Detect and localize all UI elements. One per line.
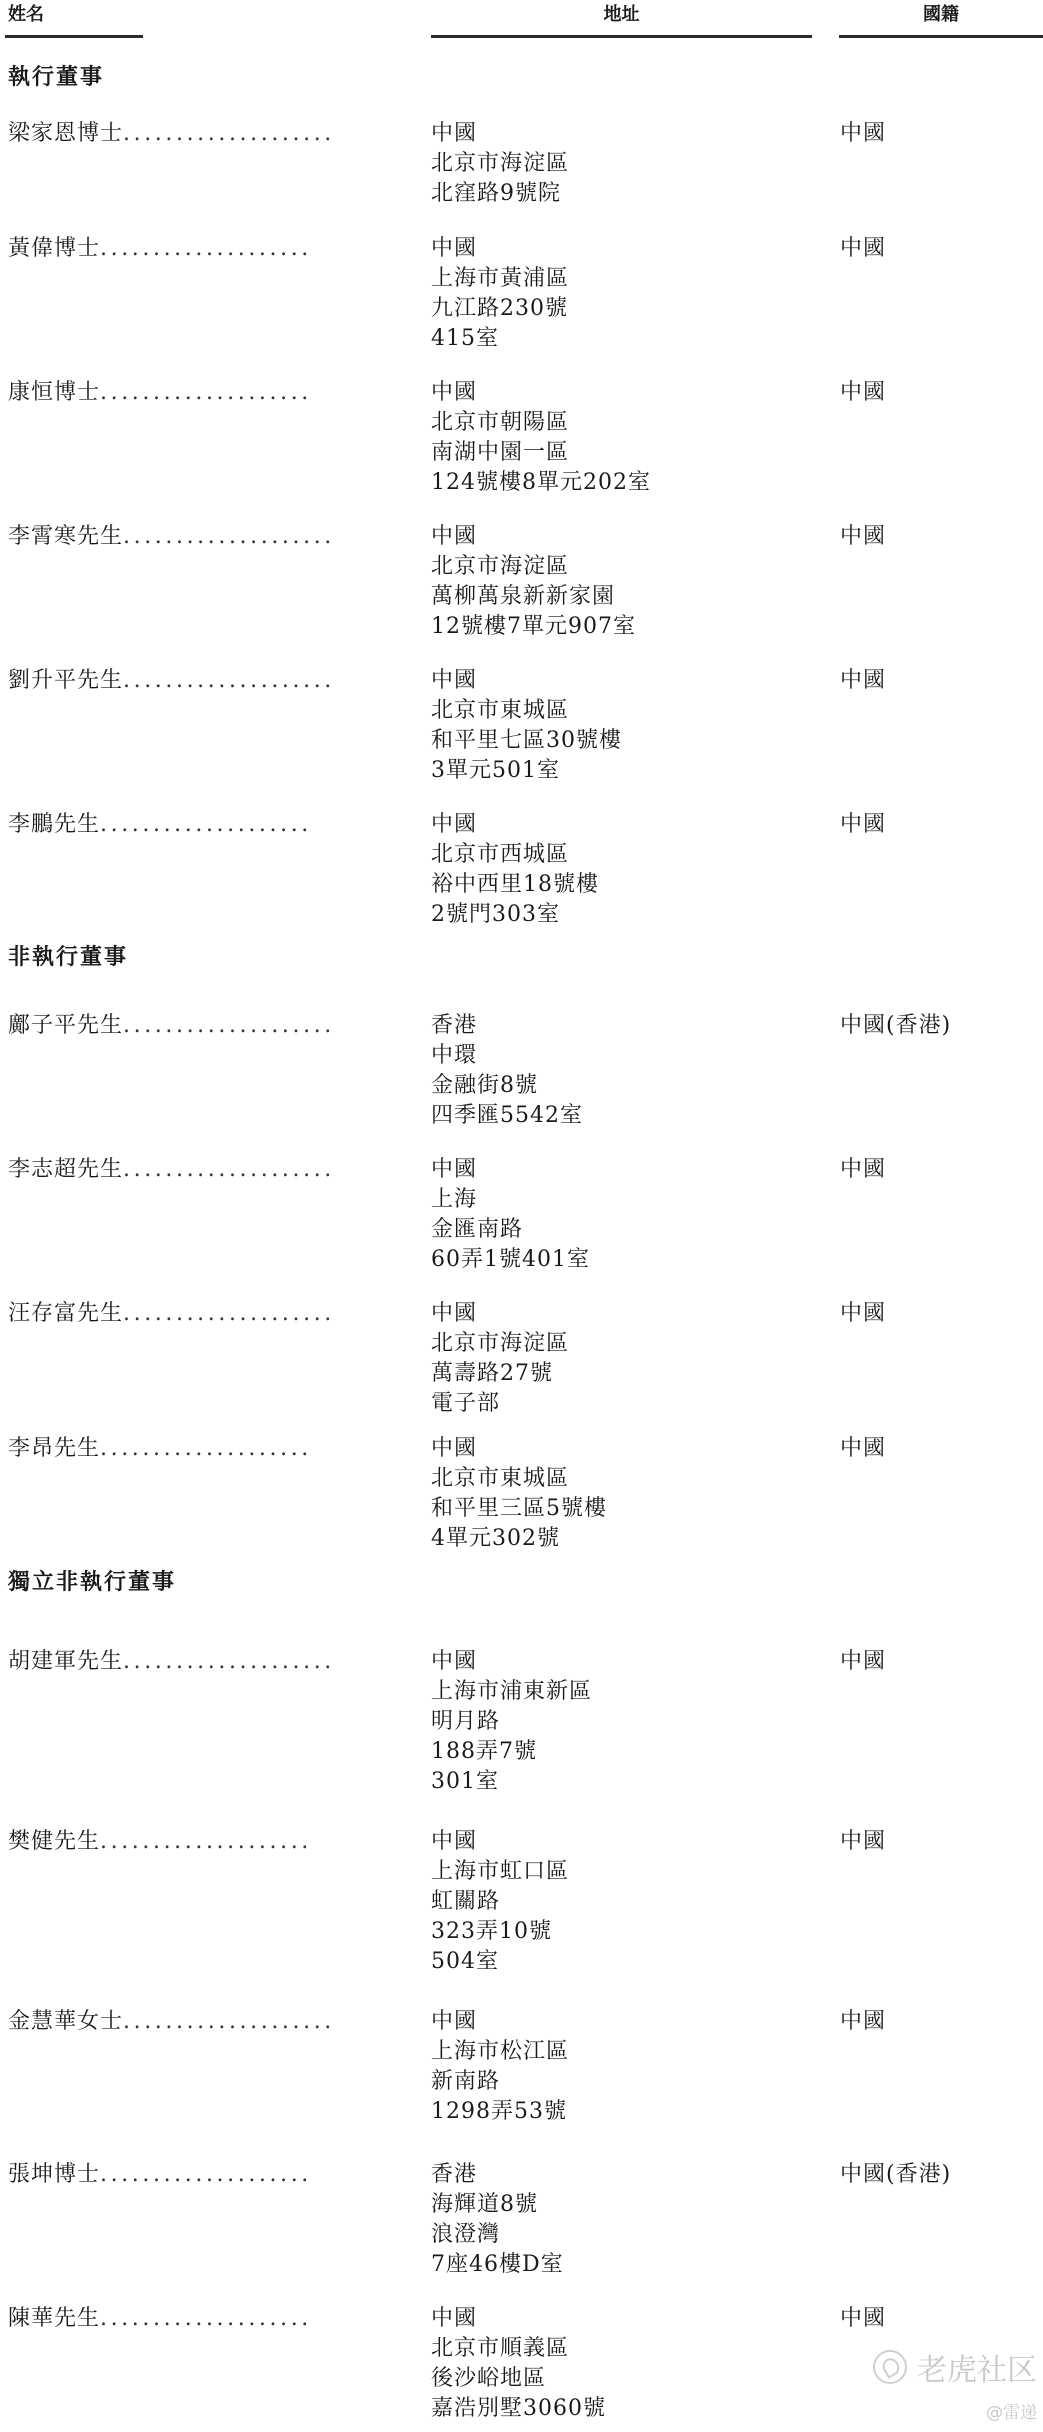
address-line: 北京市西城區 (431, 840, 599, 870)
address-line: 3單元501室 (431, 756, 622, 786)
leader-dots: .................... (100, 1436, 312, 1461)
director-address: 中國北京市順義區後沙峪地區嘉浩別墅3060號 (431, 2304, 606, 2424)
address-line: 後沙峪地區 (431, 2364, 606, 2394)
address-line: 九江路230號 (431, 294, 569, 324)
address-line: 北京市東城區 (431, 1464, 607, 1494)
leader-dots: .................... (100, 1829, 312, 1854)
address-line: 中國 (431, 1434, 607, 1464)
address-line: 上海 (431, 1185, 590, 1215)
director-address: 中國北京市東城區和平里三區5號樓4單元302號 (431, 1434, 607, 1554)
director-address: 中國上海市浦東新區明月路188弄7號301室 (431, 1647, 592, 1797)
leader-dots: .................... (123, 121, 335, 146)
director-nationality: 中國 (840, 378, 886, 408)
director-name-cell: 金慧華女士.................... (8, 2007, 408, 2037)
address-line: 1298弄53號 (431, 2097, 569, 2127)
address-line: 中國 (431, 1155, 590, 1185)
leader-dots: .................... (100, 2306, 312, 2331)
address-line: 中國 (431, 378, 651, 408)
director-address: 中國北京市海淀區萬柳萬泉新新家園12號樓7單元907室 (431, 522, 636, 642)
director-name-cell: 李昂先生.................... (8, 1434, 408, 1464)
director-name: 黃偉博士 (8, 236, 100, 261)
director-name-cell: 李鵬先生.................... (8, 810, 408, 840)
address-line: 北窪路9號院 (431, 179, 569, 209)
director-name: 金慧華女士 (8, 2009, 123, 2034)
director-nationality: 中國 (840, 2304, 886, 2334)
director-address: 中國北京市海淀區萬壽路27號電子部 (431, 1299, 569, 1419)
address-line: 上海市虹口區 (431, 1857, 569, 1887)
section-title: 非執行董事 (8, 940, 128, 971)
address-line: 中國 (431, 810, 599, 840)
address-line: 新南路 (431, 2067, 569, 2097)
director-nationality: 中國 (840, 666, 886, 696)
director-name: 梁家恩博士 (8, 121, 123, 146)
address-line: 香港 (431, 1011, 583, 1041)
director-nationality: 中國 (840, 1434, 886, 1464)
director-name-cell: 劉升平先生.................... (8, 666, 408, 696)
director-address: 香港中環金融街8號四季匯5542室 (431, 1011, 583, 1131)
address-line: 4單元302號 (431, 1524, 607, 1554)
watermark-text: 老虎社区 (917, 2345, 1037, 2389)
director-name-cell: 汪存富先生.................... (8, 1299, 408, 1329)
director-name-cell: 黃偉博士.................... (8, 234, 408, 264)
leader-dots: .................... (123, 1013, 335, 1038)
address-line: 北京市東城區 (431, 696, 622, 726)
leader-dots: .................... (100, 236, 312, 261)
director-address: 中國上海金匯南路60弄1號401室 (431, 1155, 590, 1275)
address-line: 中國 (431, 522, 636, 552)
director-nationality: 中國 (840, 234, 886, 264)
address-line: 南湖中園一區 (431, 438, 651, 468)
address-line: 415室 (431, 324, 569, 354)
column-header-address: 地址 (431, 0, 812, 38)
address-line: 四季匯5542室 (431, 1101, 583, 1131)
address-line: 60弄1號401室 (431, 1245, 590, 1275)
address-line: 明月路 (431, 1707, 592, 1737)
director-name-cell: 胡建軍先生.................... (8, 1647, 408, 1677)
director-name-cell: 鄺子平先生.................... (8, 1011, 408, 1041)
director-nationality: 中國 (840, 810, 886, 840)
address-line: 萬壽路27號 (431, 1359, 569, 1389)
address-line: 上海市黃浦區 (431, 264, 569, 294)
address-line: 上海市松江區 (431, 2037, 569, 2067)
address-line: 虹關路 (431, 1887, 569, 1917)
director-name: 陳華先生 (8, 2306, 100, 2331)
director-address: 香港海輝道8號浪澄灣7座46樓D室 (431, 2160, 564, 2280)
director-nationality: 中國(香港) (840, 1011, 951, 1041)
leader-dots: .................... (123, 1301, 335, 1326)
section-title: 執行董事 (8, 60, 104, 91)
director-name-cell: 李志超先生.................... (8, 1155, 408, 1185)
director-name: 李志超先生 (8, 1157, 123, 1182)
director-nationality: 中國 (840, 1827, 886, 1857)
director-address: 中國北京市西城區裕中西里18號樓2號門303室 (431, 810, 599, 930)
address-line: 北京市海淀區 (431, 149, 569, 179)
address-line: 金匯南路 (431, 1215, 590, 1245)
director-address: 中國上海市虹口區虹關路323弄10號504室 (431, 1827, 569, 1977)
leader-dots: .................... (123, 2009, 335, 2034)
director-name-cell: 樊健先生.................... (8, 1827, 408, 1857)
watermark: 老虎社区 (873, 2345, 1037, 2389)
director-address: 中國上海市松江區新南路1298弄53號 (431, 2007, 569, 2127)
director-name: 汪存富先生 (8, 1301, 123, 1326)
director-name: 李霄寒先生 (8, 524, 123, 549)
director-nationality: 中國 (840, 1299, 886, 1329)
address-line: 北京市順義區 (431, 2334, 606, 2364)
director-name: 康恒博士 (8, 380, 100, 405)
address-line: 2號門303室 (431, 900, 599, 930)
address-line: 海輝道8號 (431, 2190, 564, 2220)
address-line: 和平里七區30號樓 (431, 726, 622, 756)
address-line: 浪澄灣 (431, 2220, 564, 2250)
address-line: 504室 (431, 1947, 569, 1977)
address-line: 裕中西里18號樓 (431, 870, 599, 900)
address-line: 323弄10號 (431, 1917, 569, 1947)
director-address: 中國北京市海淀區北窪路9號院 (431, 119, 569, 209)
director-name-cell: 李霄寒先生.................... (8, 522, 408, 552)
director-nationality: 中國 (840, 1647, 886, 1677)
director-nationality: 中國 (840, 119, 886, 149)
address-line: 中國 (431, 2007, 569, 2037)
section-title: 獨立非執行董事 (8, 1565, 176, 1596)
leader-dots: .................... (123, 524, 335, 549)
director-name: 樊健先生 (8, 1829, 100, 1854)
address-line: 嘉浩別墅3060號 (431, 2394, 606, 2424)
address-line: 中國 (431, 1827, 569, 1857)
column-header-nationality: 國籍 (839, 0, 1043, 38)
leader-dots: .................... (123, 668, 335, 693)
director-nationality: 中國 (840, 1155, 886, 1185)
address-line: 香港 (431, 2160, 564, 2190)
column-header-name: 姓名 (5, 0, 143, 38)
address-line: 中國 (431, 666, 622, 696)
director-name-cell: 康恒博士.................... (8, 378, 408, 408)
director-name: 胡建軍先生 (8, 1649, 123, 1674)
tiger-community-logo-icon (873, 2350, 907, 2384)
director-address: 中國上海市黃浦區九江路230號415室 (431, 234, 569, 354)
director-name-cell: 梁家恩博士.................... (8, 119, 408, 149)
address-line: 金融街8號 (431, 1071, 583, 1101)
address-line: 中國 (431, 1647, 592, 1677)
leader-dots: .................... (123, 1157, 335, 1182)
address-line: 中國 (431, 119, 569, 149)
address-line: 中國 (431, 2304, 606, 2334)
address-line: 北京市朝陽區 (431, 408, 651, 438)
address-line: 124號樓8單元202室 (431, 468, 651, 498)
director-name: 張坤博士 (8, 2162, 100, 2187)
leader-dots: .................... (100, 812, 312, 837)
address-line: 上海市浦東新區 (431, 1677, 592, 1707)
director-address: 中國北京市朝陽區南湖中園一區124號樓8單元202室 (431, 378, 651, 498)
director-nationality: 中國(香港) (840, 2160, 951, 2190)
address-line: 和平里三區5號樓 (431, 1494, 607, 1524)
address-line: 中環 (431, 1041, 583, 1071)
leader-dots: .................... (123, 1649, 335, 1674)
address-line: 中國 (431, 1299, 569, 1329)
leader-dots: .................... (100, 380, 312, 405)
director-nationality: 中國 (840, 522, 886, 552)
director-name: 李鵬先生 (8, 812, 100, 837)
director-name-cell: 陳華先生.................... (8, 2304, 408, 2334)
address-line: 7座46樓D室 (431, 2250, 564, 2280)
address-line: 188弄7號 (431, 1737, 592, 1767)
address-line: 萬柳萬泉新新家園 (431, 582, 636, 612)
address-line: 電子部 (431, 1389, 569, 1419)
watermark-author: @雷递 (986, 2398, 1037, 2423)
director-name-cell: 張坤博士.................... (8, 2160, 408, 2190)
director-address: 中國北京市東城區和平里七區30號樓3單元501室 (431, 666, 622, 786)
director-name: 鄺子平先生 (8, 1013, 123, 1038)
address-line: 301室 (431, 1767, 592, 1797)
address-line: 12號樓7單元907室 (431, 612, 636, 642)
director-name: 李昂先生 (8, 1436, 100, 1461)
leader-dots: .................... (100, 2162, 312, 2187)
address-line: 中國 (431, 234, 569, 264)
address-line: 北京市海淀區 (431, 1329, 569, 1359)
address-line: 北京市海淀區 (431, 552, 636, 582)
director-nationality: 中國 (840, 2007, 886, 2037)
director-name: 劉升平先生 (8, 668, 123, 693)
